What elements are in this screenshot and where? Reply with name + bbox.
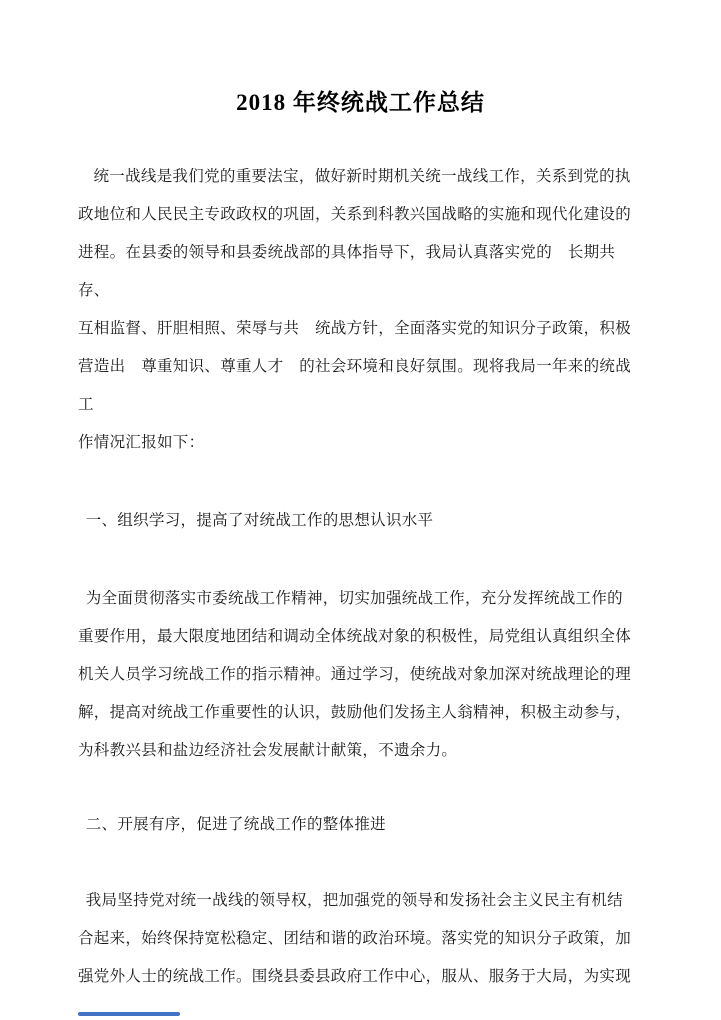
section-2-heading: 二、开展有序，促进了统战工作的整体推进: [78, 806, 645, 844]
text-line: 统一战线是我们党的重要法宝，做好新时期机关统一战线工作，关系到党的执: [78, 158, 645, 196]
text-line: 进程。在县委的领导和县委统战部的具体指导下，我局认真落实党的 长期共存、: [78, 234, 645, 310]
text-line: 机关人员学习统战工作的指示精神。通过学习，使统战对象加深对统战理论的理: [78, 656, 645, 694]
section-2-paragraph: 我局坚持党对统一战线的领导权，把加强党的领导和发扬社会主义民主有机结 合起来，始…: [78, 882, 645, 996]
section-1: 一、组织学习，提高了对统战工作的思想认识水平: [78, 502, 645, 540]
page-bottom-blue-bar: [78, 1012, 180, 1016]
text-line: 合起来，始终保持宽松稳定、团结和谐的政治环境。落实党的知识分子政策，加: [78, 920, 645, 958]
text-line: 解，提高对统战工作重要性的认识，鼓励他们发扬主人翁精神，积极主动参与，: [78, 694, 645, 732]
text-line: 营造出 尊重知识、尊重人才 的社会环境和良好氛围。现将我局一年来的统战工: [78, 348, 645, 424]
document-title: 2018 年终统战工作总结: [0, 86, 721, 120]
text-line: 作情况汇报如下：: [78, 424, 645, 462]
intro-paragraph: 统一战线是我们党的重要法宝，做好新时期机关统一战线工作，关系到党的执 政地位和人…: [78, 158, 645, 462]
text-line: 我局坚持党对统一战线的领导权，把加强党的领导和发扬社会主义民主有机结: [78, 882, 645, 920]
text-line: 为全面贯彻落实市委统战工作精神，切实加强统战工作，充分发挥统战工作的: [78, 580, 645, 618]
text-line: 政地位和人民民主专政政权的巩固，关系到科教兴国战略的实施和现代化建设的: [78, 196, 645, 234]
section-1-heading: 一、组织学习，提高了对统战工作的思想认识水平: [78, 502, 645, 540]
section-1-paragraph: 为全面贯彻落实市委统战工作精神，切实加强统战工作，充分发挥统战工作的 重要作用，…: [78, 580, 645, 770]
text-line: 互相监督、肝胆相照、荣辱与共 统战方针，全面落实党的知识分子政策，积极: [78, 310, 645, 348]
section-2: 二、开展有序，促进了统战工作的整体推进: [78, 806, 645, 844]
text-line: 强党外人士的统战工作。围绕县委县政府工作中心，服从、服务于大局，为实现: [78, 958, 645, 996]
document-page: 2018 年终统战工作总结 统一战线是我们党的重要法宝，做好新时期机关统一战线工…: [0, 0, 721, 1020]
text-line: 重要作用，最大限度地团结和调动全体统战对象的积极性，局党组认真组织全体: [78, 618, 645, 656]
text-line: 为科教兴县和盐边经济社会发展献计献策，不遗余力。: [78, 732, 645, 770]
